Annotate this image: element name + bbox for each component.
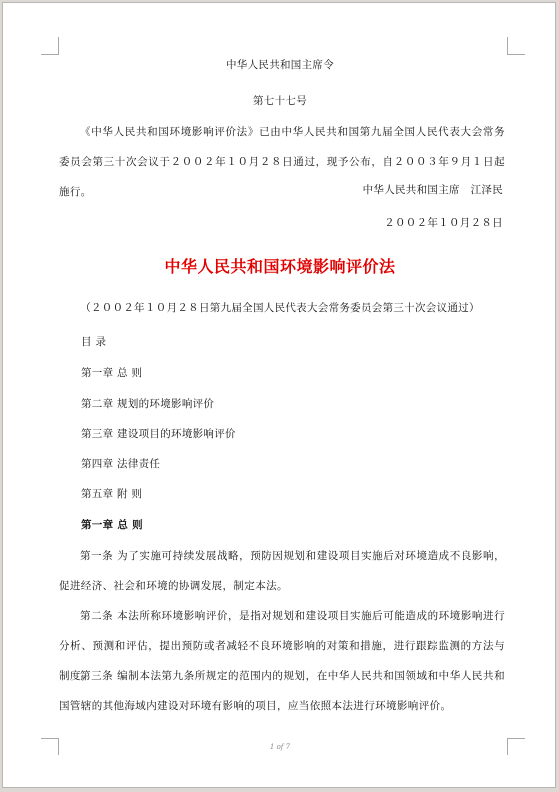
adoption-note: （２００２年１０月２８日第九届全国人民代表大会常务委员会第三十次会议通过） [3, 301, 557, 315]
signatory: 中华人民共和国主席 江泽民 [363, 183, 503, 197]
toc-item[interactable]: 第三章 建设项目的环境影响评价 [81, 427, 236, 441]
law-title: 中华人民共和国环境影响评价法 [3, 257, 557, 277]
toc-item[interactable]: 第二章 规划的环境影响评价 [81, 397, 214, 411]
crop-mark-top-left-v [58, 37, 59, 54]
article-3: 第三条 编制本法第九条所规定的范围内的规划，在中华人民共和国领域和中华人民共和国… [59, 661, 505, 721]
document-page: 中华人民共和国主席令 第七十七号 《中华人民共和国环境影响评价法》已由中华人民共… [2, 2, 556, 788]
toc-item[interactable]: 第五章 附 则 [81, 487, 142, 501]
crop-mark-bottom-right-h [507, 738, 525, 739]
sign-date: ２００２年１０月２８日 [384, 216, 503, 230]
crop-mark-bottom-left-h [41, 738, 59, 739]
page-footer: 1 of 7 [3, 743, 557, 751]
toc-heading: 目 录 [81, 335, 106, 349]
crop-mark-top-right-v [507, 37, 508, 54]
toc-item[interactable]: 第四章 法律责任 [81, 457, 160, 471]
crop-mark-top-left-h [41, 54, 59, 55]
chapter-heading: 第一章 总 则 [81, 518, 143, 532]
order-number: 第七十七号 [3, 94, 557, 108]
crop-mark-top-right-h [507, 54, 525, 55]
order-header: 中华人民共和国主席令 [3, 58, 557, 72]
article-1: 第一条 为了实施可持续发展战略，预防因规划和建设项目实施后对环境造成不良影响，促… [59, 541, 505, 601]
toc-item[interactable]: 第一章 总 则 [81, 366, 142, 380]
